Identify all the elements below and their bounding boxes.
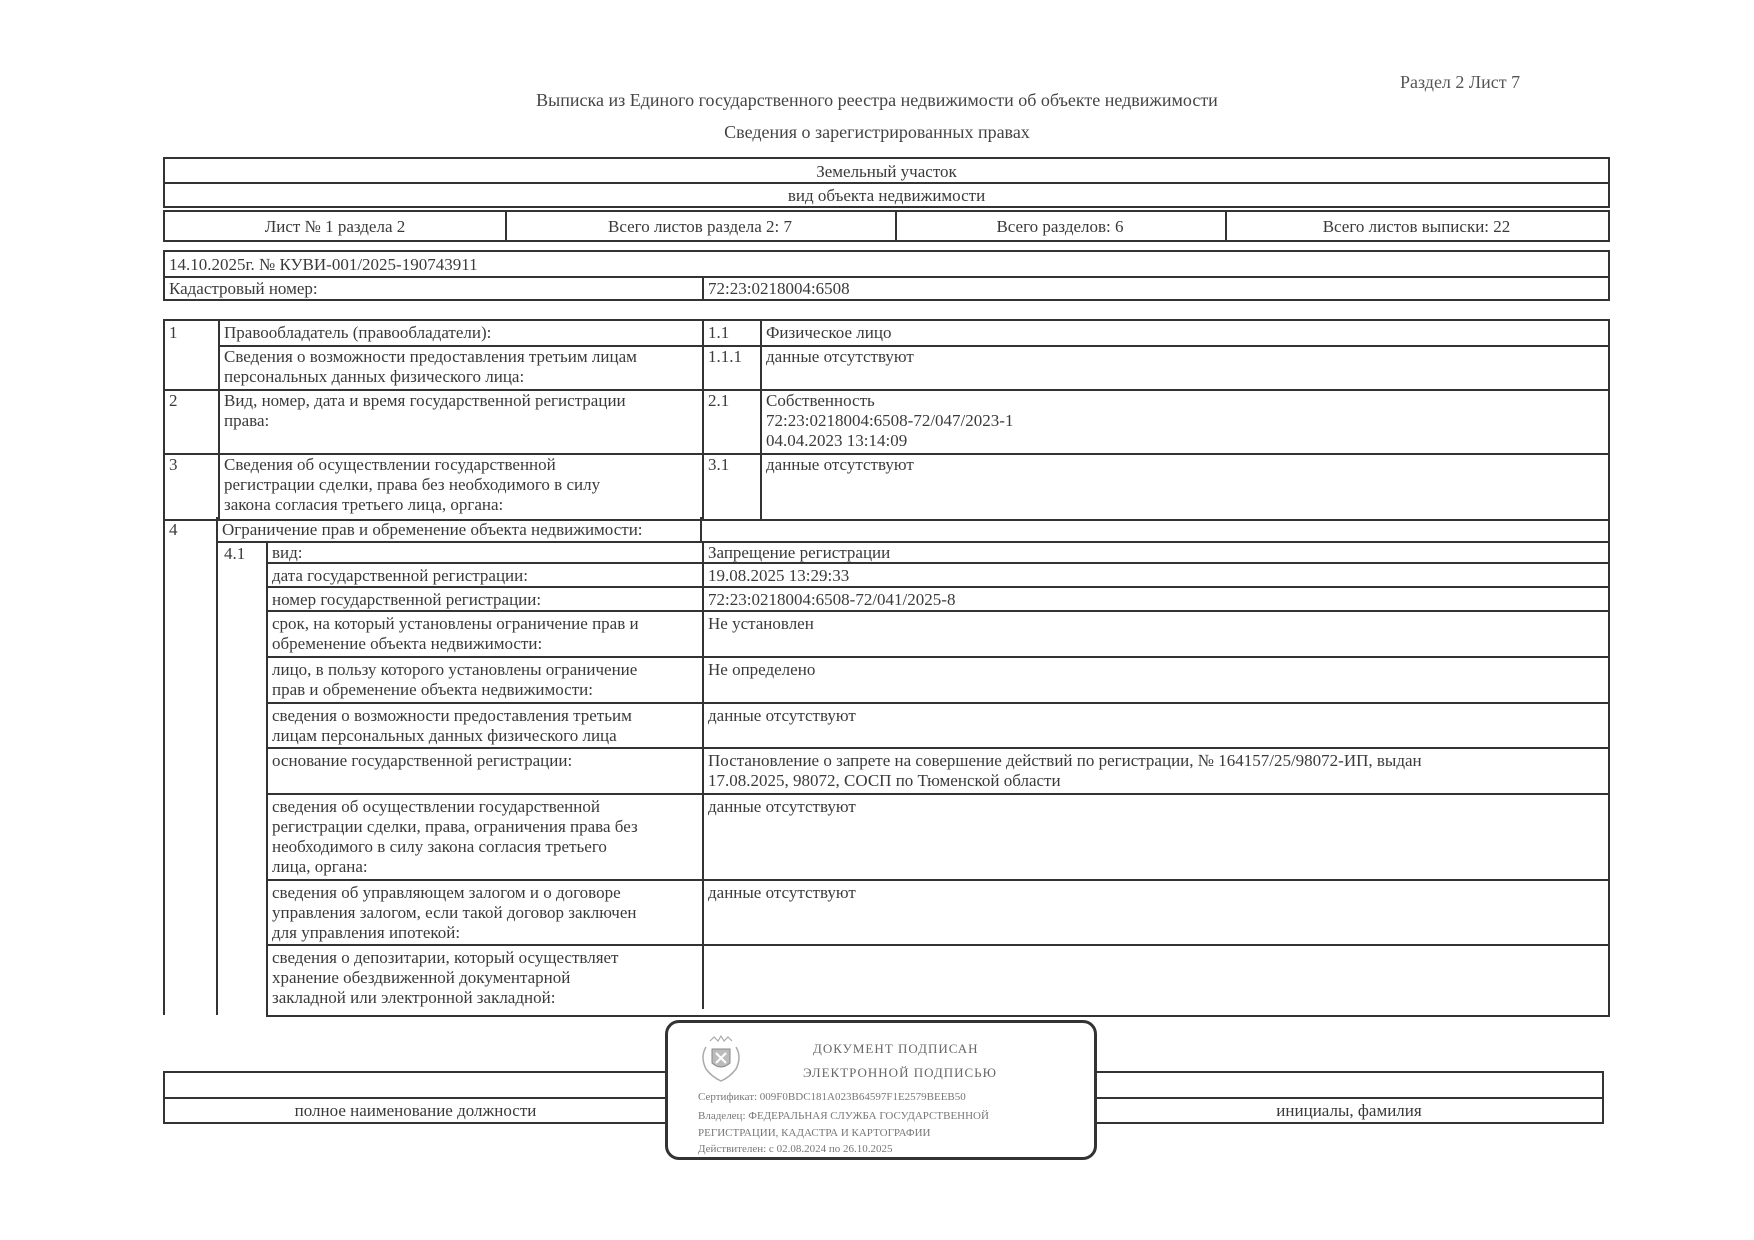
rights-table: 1 Правообладатель (правообладатели): 1.1… (163, 319, 1610, 519)
row-value: данные отсутствуют (762, 347, 914, 367)
cadastral-value: 72:23:0218004:6508 (704, 279, 850, 299)
encumbrance-field-value: Запрещение регистрации (704, 543, 890, 563)
row-value: Физическое лицо (762, 323, 891, 343)
position-field: полное наименование должности (163, 1071, 668, 1124)
encumbrance-field-value: 72:23:0218004:6508-72/041/2025-8 (704, 590, 955, 610)
encumbrance-field-value: 19.08.2025 13:29:33 (704, 566, 849, 586)
encumbrance-row: сведения об осуществлении государственно… (268, 795, 1608, 881)
encumbrance-subnumber: 4.1 (220, 544, 245, 564)
encumbrance-field-label: номер государственной регистрации: (268, 590, 700, 610)
stamp-owner-line1: Владелец: ФЕДЕРАЛЬНАЯ СЛУЖБА ГОСУДАРСТВЕ… (698, 1110, 989, 1122)
encumbrance-row: вид:Запрещение регистрации (268, 541, 1608, 564)
row-label: Сведения об осуществлении государственно… (220, 455, 600, 515)
row-value: данные отсутствуют (762, 455, 914, 475)
encumbrance-number: 4 (165, 520, 178, 540)
encumbrance-grid: вид:Запрещение регистрациидата государст… (266, 541, 1610, 1017)
encumbrance-field-label: сведения о депозитарии, который осуществ… (268, 948, 700, 1008)
document-subtitle: Сведения о зарегистрированных правах (0, 122, 1754, 143)
stamp-owner-line2: РЕГИСТРАЦИИ, КАДАСТРА И КАРТОГРАФИИ (698, 1127, 930, 1139)
encumbrance-row: номер государственной регистрации:72:23:… (268, 588, 1608, 612)
object-type-caption: вид объекта недвижимости (165, 186, 1608, 206)
row-subnumber: 1.1.1 (704, 347, 742, 367)
request-box: 14.10.2025г. № КУВИ-001/2025-190743911 К… (163, 250, 1610, 301)
encumbrance-row: основание государственной регистрации:По… (268, 749, 1608, 795)
encumbrance-field-label: срок, на который установлены ограничение… (268, 614, 700, 654)
encumbrance-field-value: данные отсутствуют (704, 706, 856, 726)
row-label: Сведения о возможности предоставления тр… (220, 347, 637, 387)
encumbrance-row: срок, на который установлены ограничение… (268, 612, 1608, 658)
row-subnumber: 3.1 (704, 455, 729, 475)
stamp-validity: Действителен: с 02.08.2024 по 26.10.2025 (698, 1143, 892, 1155)
row-label: Вид, номер, дата и время государственной… (220, 391, 626, 431)
name-field: инициалы, фамилия (1094, 1071, 1604, 1124)
object-type-box: Земельный участок вид объекта недвижимос… (163, 157, 1610, 208)
encumbrance-field-value: Постановление о запрете на совершение де… (704, 751, 1422, 791)
cadastral-label: Кадастровый номер: (165, 279, 318, 299)
row-number: 2 (165, 391, 178, 411)
encumbrance-field-value: Не установлен (704, 614, 814, 634)
encumbrance-field-label: вид: (268, 543, 700, 563)
encumbrance-field-label: лицо, в пользу которого установлены огра… (268, 660, 700, 700)
stamp-certificate: Сертификат: 009F0BDC181A023B64597F1E2579… (698, 1091, 966, 1103)
row-number: 1 (165, 323, 178, 343)
sheet-number: Лист № 1 раздела 2 (165, 217, 505, 237)
row-number: 3 (165, 455, 178, 475)
encumbrance-row: сведения о депозитарии, который осуществ… (268, 946, 1608, 1009)
stamp-line-signed: ДОКУМЕНТ ПОДПИСАН (813, 1041, 979, 1057)
object-type-value: Земельный участок (165, 162, 1608, 182)
request-number: 14.10.2025г. № КУВИ-001/2025-190743911 (165, 255, 478, 275)
encumbrance-row: лицо, в пользу которого установлены огра… (268, 658, 1608, 704)
encumbrance-field-label: сведения об осуществлении государственно… (268, 797, 700, 877)
sections-total: Всего разделов: 6 (895, 217, 1225, 237)
encumbrance-label: Ограничение прав и обременение объекта н… (218, 520, 643, 540)
position-caption: полное наименование должности (165, 1101, 666, 1121)
row-value: Собственность 72:23:0218004:6508-72/047/… (762, 391, 1013, 451)
encumbrance-field-label: основание государственной регистрации: (268, 751, 700, 771)
stamp-line-digital: ЭЛЕКТРОННОЙ ПОДПИСЬЮ (803, 1065, 997, 1081)
rosreestr-emblem-icon (698, 1033, 744, 1085)
encumbrance-field-value: данные отсутствуют (704, 883, 856, 903)
sheets-in-section: Всего листов раздела 2: 7 (505, 217, 895, 237)
encumbrance-row: дата государственной регистрации:19.08.2… (268, 564, 1608, 588)
row-subnumber: 1.1 (704, 323, 729, 343)
row-subnumber: 2.1 (704, 391, 729, 411)
sheet-info-box: Лист № 1 раздела 2 Всего листов раздела … (163, 210, 1610, 242)
encumbrance-row: сведения об управляющем залогом и о дого… (268, 881, 1608, 946)
encumbrance-field-label: сведения об управляющем залогом и о дого… (268, 883, 700, 943)
name-caption: инициалы, фамилия (1096, 1101, 1602, 1121)
sheets-total: Всего листов выписки: 22 (1225, 217, 1608, 237)
encumbrance-field-label: дата государственной регистрации: (268, 566, 700, 586)
encumbrance-section: 4 Ограничение прав и обременение объекта… (163, 517, 1610, 1017)
encumbrance-field-value: Не определено (704, 660, 815, 680)
document-title: Выписка из Единого государственного реес… (0, 90, 1754, 111)
encumbrance-field-label: сведения о возможности предоставления тр… (268, 706, 700, 746)
electronic-signature-stamp: ДОКУМЕНТ ПОДПИСАН ЭЛЕКТРОННОЙ ПОДПИСЬЮ С… (665, 1020, 1097, 1160)
encumbrance-row: сведения о возможности предоставления тр… (268, 704, 1608, 749)
row-label: Правообладатель (правообладатели): (220, 323, 491, 343)
encumbrance-field-value: данные отсутствуют (704, 797, 856, 817)
